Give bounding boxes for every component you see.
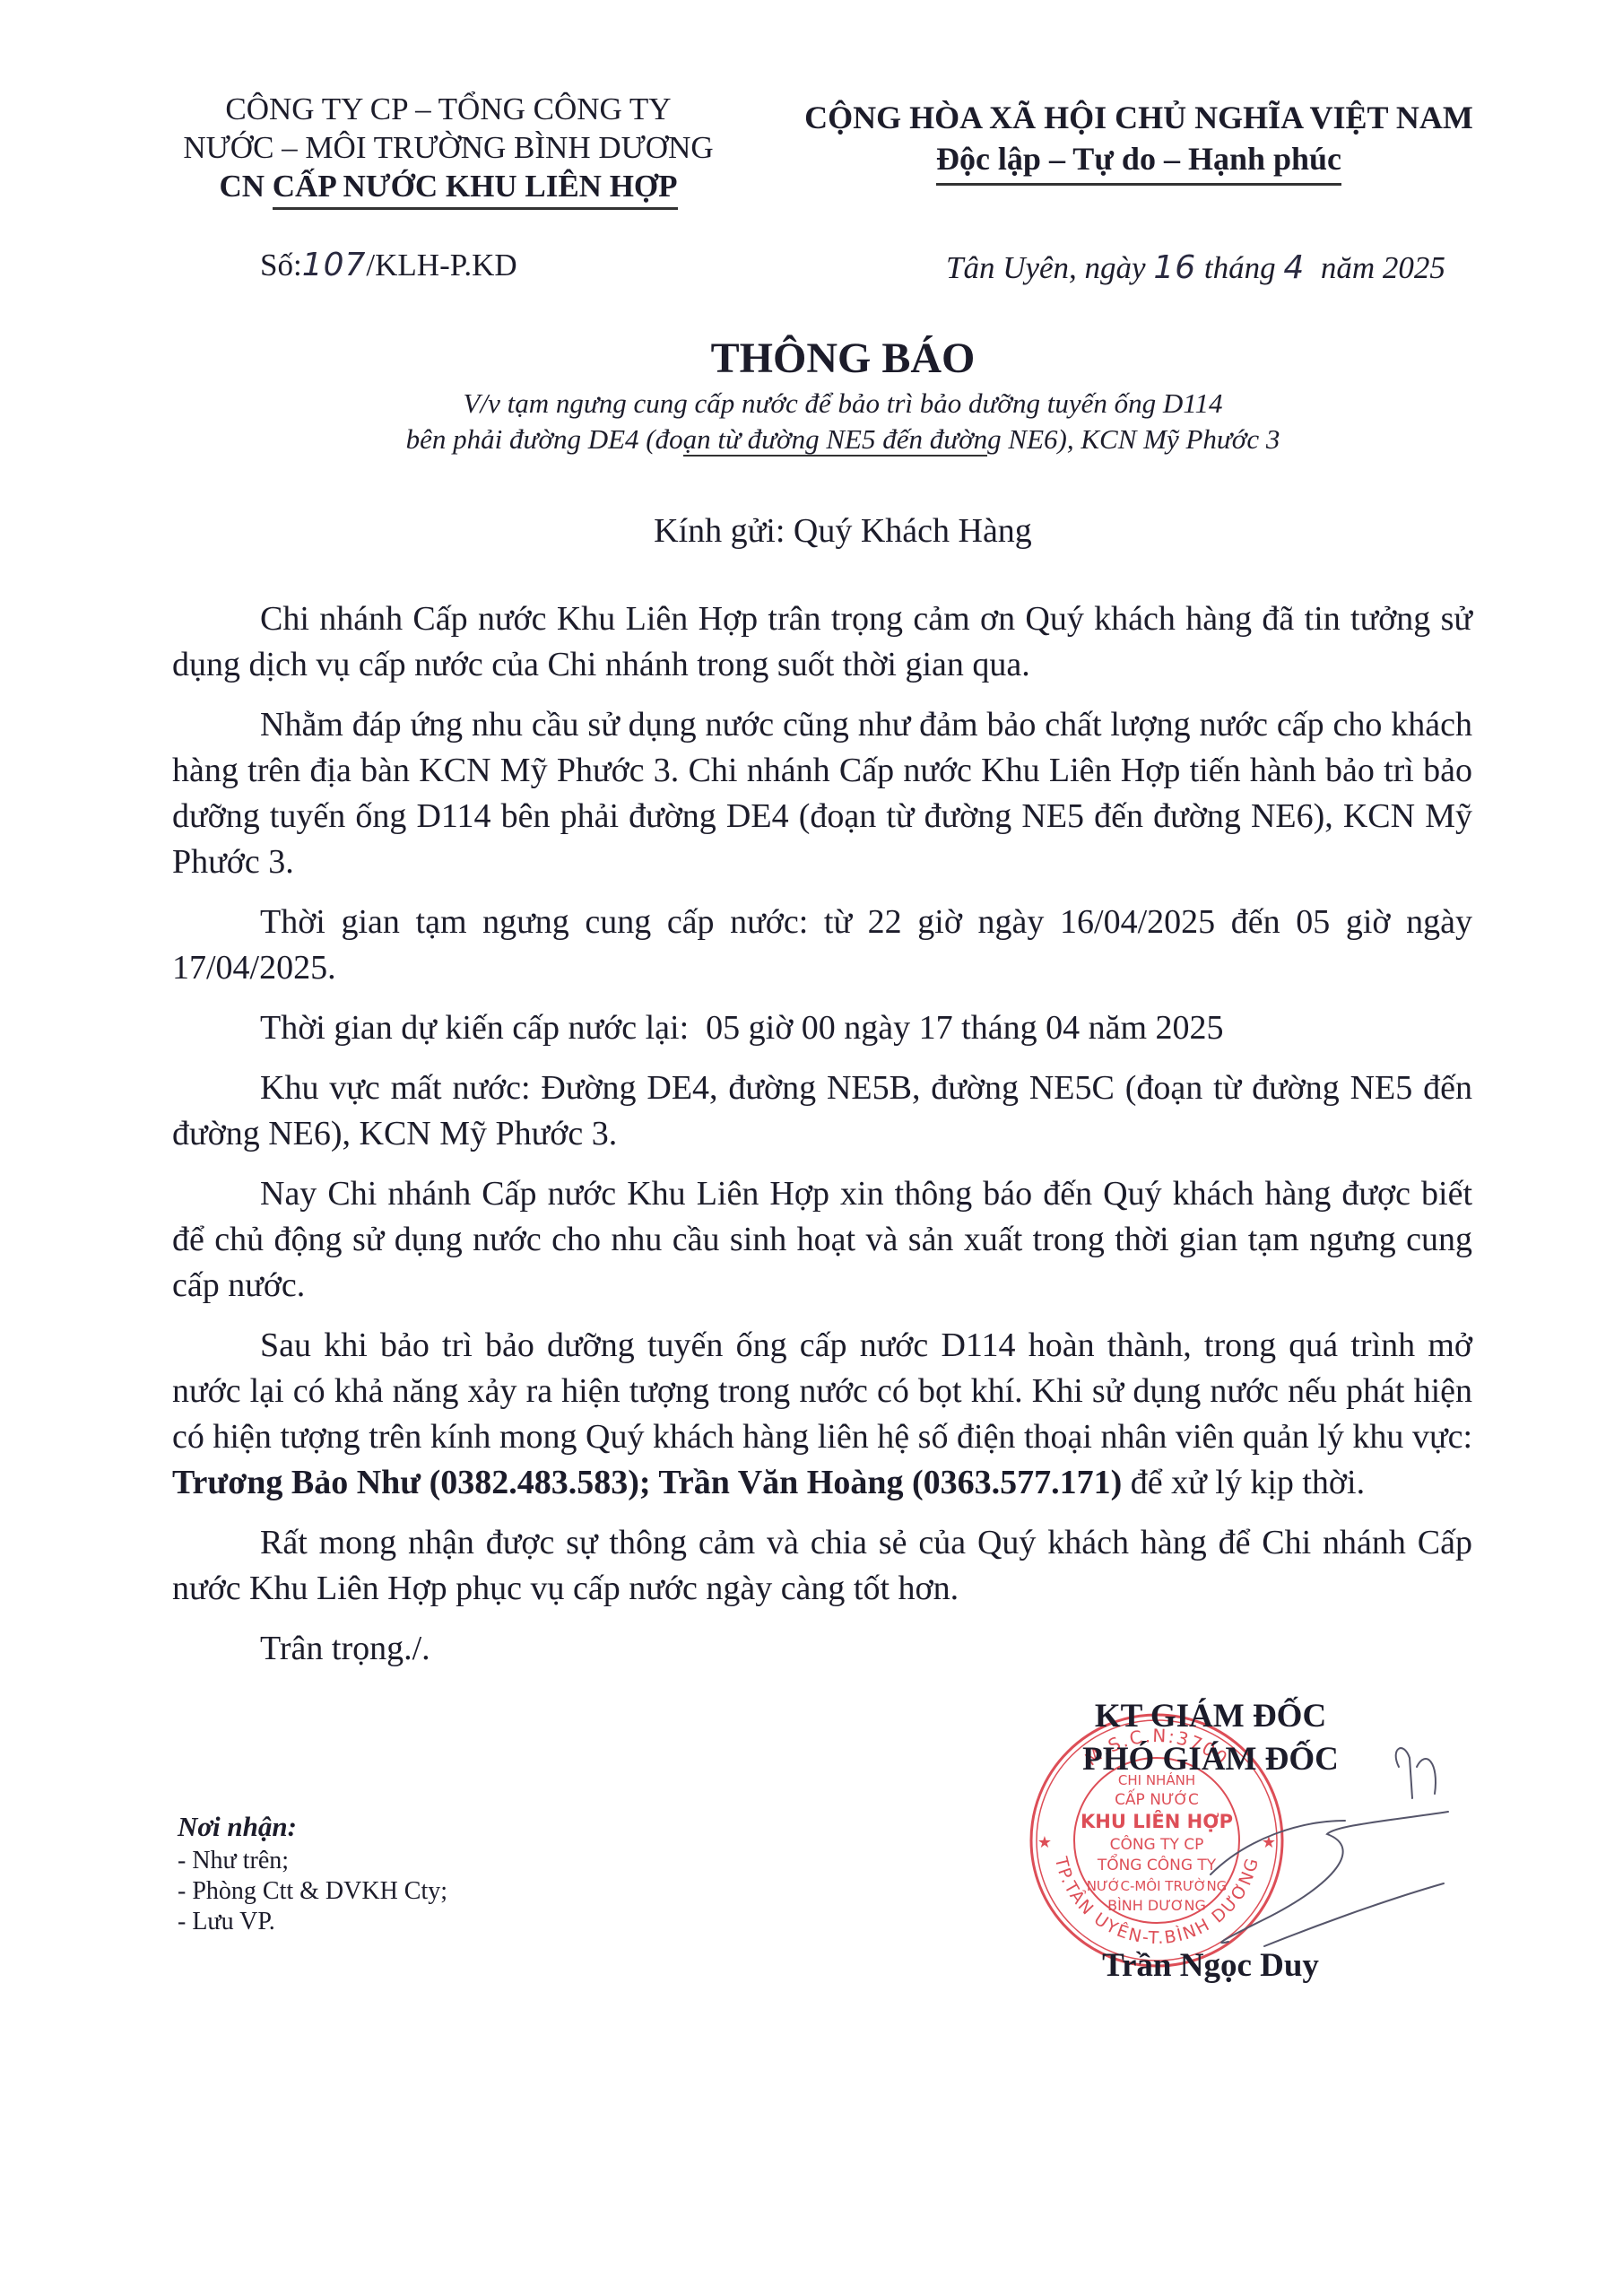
doc-number-label: Số: bbox=[260, 248, 302, 283]
issuer-header: CÔNG TY CP – TỔNG CÔNG TY NƯỚC – MÔI TRƯ… bbox=[135, 90, 762, 205]
paragraph-notice: Nay Chi nhánh Cấp nước Khu Liên Hợp xin … bbox=[172, 1171, 1472, 1309]
issuer-line-3-branch: CẤP NƯỚC KHU LIÊN HỢP bbox=[273, 169, 678, 210]
recipients: Nơi nhận: - Như trên; - Phòng Ctt & DVKH… bbox=[178, 1812, 447, 1937]
date-month-label: tháng bbox=[1196, 250, 1283, 285]
subtitle-line-2-b: g NE6), KCN Mỹ Phước 3 bbox=[987, 423, 1280, 455]
title-block: THÔNG BÁO V/v tạm ngưng cung cấp nước để… bbox=[179, 332, 1506, 457]
issuer-line-3-prefix: CN bbox=[219, 169, 272, 204]
handwritten-signature-icon bbox=[1157, 1713, 1453, 1982]
paragraph-thanks: Chi nhánh Cấp nước Khu Liên Hợp trân trọ… bbox=[172, 596, 1472, 688]
contact-names-phones: Trương Bảo Như (0382.483.583); Trần Văn … bbox=[172, 1464, 1122, 1501]
document-body: Chi nhánh Cấp nước Khu Liên Hợp trân trọ… bbox=[172, 596, 1472, 1686]
recipient-item: - Như trên; bbox=[178, 1846, 447, 1876]
subtitle-line-2-a: bên phải đường DE4 (đo bbox=[406, 423, 683, 455]
national-motto: Độc lập – Tự do – Hạnh phúc bbox=[936, 138, 1341, 186]
date-month-handwritten: 4 bbox=[1283, 249, 1305, 286]
paragraph-affected-area: Khu vực mất nước: Đường DE4, đường NE5B,… bbox=[172, 1065, 1472, 1157]
subtitle-line-2-underlined: ạn từ đường NE5 đến đườn bbox=[683, 423, 988, 457]
issuer-line-1: CÔNG TY CP – TỔNG CÔNG TY bbox=[135, 90, 762, 128]
paragraph-restore-time: Thời gian dự kiến cấp nước lại: 05 giờ 0… bbox=[172, 1005, 1472, 1051]
national-title: CỘNG HÒA XÃ HỘI CHỦ NGHĨA VIỆT NAM bbox=[780, 97, 1497, 138]
issuer-line-3: CN CẤP NƯỚC KHU LIÊN HỢP bbox=[135, 167, 762, 205]
document-date: Tân Uyên, ngày 16 tháng 4 năm 2025 bbox=[946, 249, 1445, 286]
date-day-handwritten: 16 bbox=[1153, 249, 1196, 286]
document-number: Số:107/KLH-P.KD bbox=[260, 247, 517, 283]
issuer-line-2: NƯỚC – MÔI TRƯỜNG BÌNH DƯƠNG bbox=[135, 128, 762, 167]
salutation: Kính gửi: Quý Khách Hàng bbox=[179, 511, 1506, 551]
date-place: Tân Uyên, ngày bbox=[946, 250, 1153, 285]
paragraph-contact: Sau khi bảo trì bảo dưỡng tuyến ống cấp … bbox=[172, 1323, 1472, 1506]
document-title: THÔNG BÁO bbox=[179, 332, 1506, 386]
national-header: CỘNG HÒA XÃ HỘI CHỦ NGHĨA VIỆT NAM Độc l… bbox=[780, 97, 1497, 186]
paragraph-outage-time: Thời gian tạm ngưng cung cấp nước: từ 22… bbox=[172, 900, 1472, 991]
doc-number-suffix: /KLH-P.KD bbox=[366, 248, 516, 283]
date-year: năm 2025 bbox=[1305, 250, 1445, 285]
contact-text: Sau khi bảo trì bảo dưỡng tuyến ống cấp … bbox=[172, 1326, 1472, 1456]
subtitle-line-1: V/v tạm ngưng cung cấp nước để bảo trì b… bbox=[179, 386, 1506, 422]
svg-text:★: ★ bbox=[1037, 1833, 1052, 1852]
recipient-item: - Phòng Ctt & DVKH Cty; bbox=[178, 1876, 447, 1907]
signature-block: KT GIÁM ĐỐC PHÓ GIÁM ĐỐC M.S.C.N:3700 TP… bbox=[1031, 1695, 1444, 1991]
paragraph-appreciation: Rất mong nhận được sự thông cảm và chia … bbox=[172, 1520, 1472, 1612]
doc-number-handwritten: 107 bbox=[302, 247, 367, 283]
recipients-heading: Nơi nhận: bbox=[178, 1812, 447, 1842]
recipient-item: - Lưu VP. bbox=[178, 1907, 447, 1937]
paragraph-purpose: Nhằm đáp ứng nhu cầu sử dụng nước cũng n… bbox=[172, 702, 1472, 885]
closing: Trân trọng./. bbox=[172, 1626, 1472, 1672]
contact-text-end: để xử lý kịp thời. bbox=[1122, 1464, 1365, 1501]
subtitle-line-2: bên phải đường DE4 (đoạn từ đường NE5 đế… bbox=[179, 422, 1506, 457]
